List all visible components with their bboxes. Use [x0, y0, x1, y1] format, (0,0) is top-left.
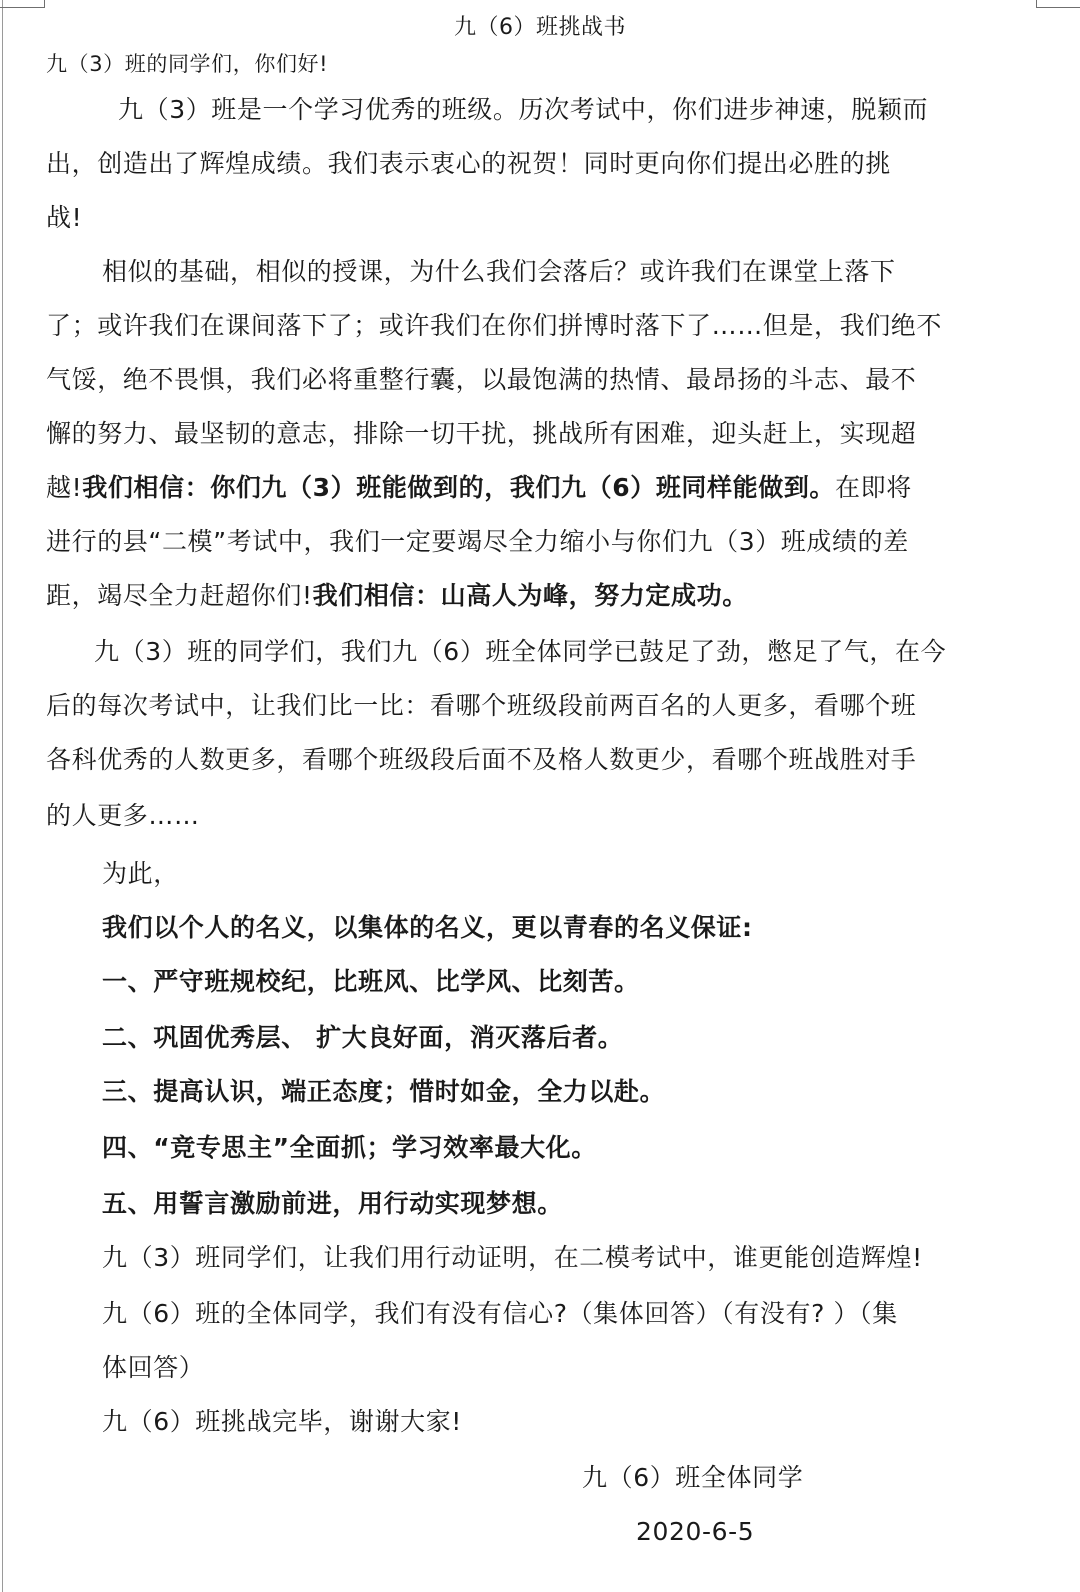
- paragraph-3-line-3: 各科优秀的人数更多，看哪个班级段后面不及格人数更少，看哪个班战胜对手: [46, 742, 916, 778]
- date: 2020-6-5: [636, 1514, 754, 1550]
- closing-line-1: 九（3）班同学们，让我们用行动证明，在二模考试中，谁更能创造辉煌!: [102, 1240, 923, 1276]
- page-edge-line: [2, 0, 3, 1592]
- text-bold-emphasis: 我们相信：你们九（3）班能做到的，我们九（6）班同样能做到。: [82, 473, 835, 502]
- crop-mark-top-left: [0, 0, 45, 8]
- salutation: 九（3）班的同学们，你们好!: [46, 46, 328, 82]
- signature: 九（6）班全体同学: [582, 1460, 803, 1496]
- paragraph-3-line-1: 九（3）班的同学们，我们九（6）班全体同学已鼓足了劲，憋足了气，在今: [94, 634, 946, 670]
- paragraph-2-line-3: 气馁，绝不畏惧，我们必将重整行囊，以最饱满的热情、最昂扬的斗志、最不: [46, 362, 916, 398]
- paragraph-3-line-4: 的人更多……: [46, 798, 200, 834]
- paragraph-2-line-2: 了；或许我们在课间落下了；或许我们在你们拼博时落下了……但是，我们绝不: [46, 308, 942, 344]
- paragraph-2-line-1: 相似的基础，相似的授课，为什么我们会落后？或许我们在课堂上落下: [102, 254, 896, 290]
- therefore-line: 为此，: [102, 856, 179, 892]
- closing-line-2: 九（6）班的全体同学，我们有没有信心?（集体回答）（有没有? ）（集: [102, 1296, 898, 1332]
- pledge-item-3: 三、提高认识，端正态度；惜时如金，全力以赴。: [102, 1074, 665, 1110]
- crop-mark-top-right: [1036, 0, 1080, 8]
- paragraph-1-line-1: 九（3）班是一个学习优秀的班级。历次考试中，你们进步神速，脱颖而: [118, 92, 928, 128]
- pledge-item-2: 二、巩固优秀层、 扩大良好面，消灭落后者。: [102, 1020, 623, 1056]
- document-title: 九（6）班挑战书: [0, 12, 1080, 44]
- paragraph-2-line-5: 越!我们相信：你们九（3）班能做到的，我们九（6）班同样能做到。在即将: [46, 470, 912, 506]
- text-bold-emphasis: 我们相信：山高人为峰，努力定成功。: [313, 581, 748, 610]
- pledge-item-4: 四、“竞专思主”全面抓；学习效率最大化。: [102, 1130, 597, 1166]
- closing-line-4: 九（6）班挑战完毕，谢谢大家!: [102, 1404, 462, 1440]
- closing-line-3: 体回答）: [102, 1350, 204, 1386]
- text-normal: 距，竭尽全力赶超你们!: [46, 581, 313, 610]
- text-normal: 越!: [46, 473, 82, 502]
- pledge-intro: 我们以个人的名义，以集体的名义，更以青春的名义保证:: [102, 910, 753, 946]
- paragraph-1-line-2: 出，创造出了辉煌成绩。我们表示衷心的祝贺！同时更向你们提出必胜的挑: [46, 146, 891, 182]
- paragraph-2-line-6: 进行的县“二模”考试中，我们一定要竭尽全力缩小与你们九（3）班成绩的差: [46, 524, 909, 560]
- paragraph-2-line-4: 懈的努力、最坚韧的意志，排除一切干扰，挑战所有困难，迎头赶上，实现超: [46, 416, 916, 452]
- paragraph-3-line-2: 后的每次考试中，让我们比一比：看哪个班级段前两百名的人更多，看哪个班: [46, 688, 916, 724]
- paragraph-2-line-7: 距，竭尽全力赶超你们!我们相信：山高人为峰，努力定成功。: [46, 578, 748, 614]
- pledge-item-5: 五、用誓言激励前进，用行动实现梦想。: [102, 1186, 563, 1222]
- paragraph-1-line-3: 战!: [46, 200, 82, 236]
- pledge-item-1: 一、严守班规校纪，比班风、比学风、比刻苦。: [102, 964, 640, 1000]
- text-normal: 在即将: [835, 473, 912, 502]
